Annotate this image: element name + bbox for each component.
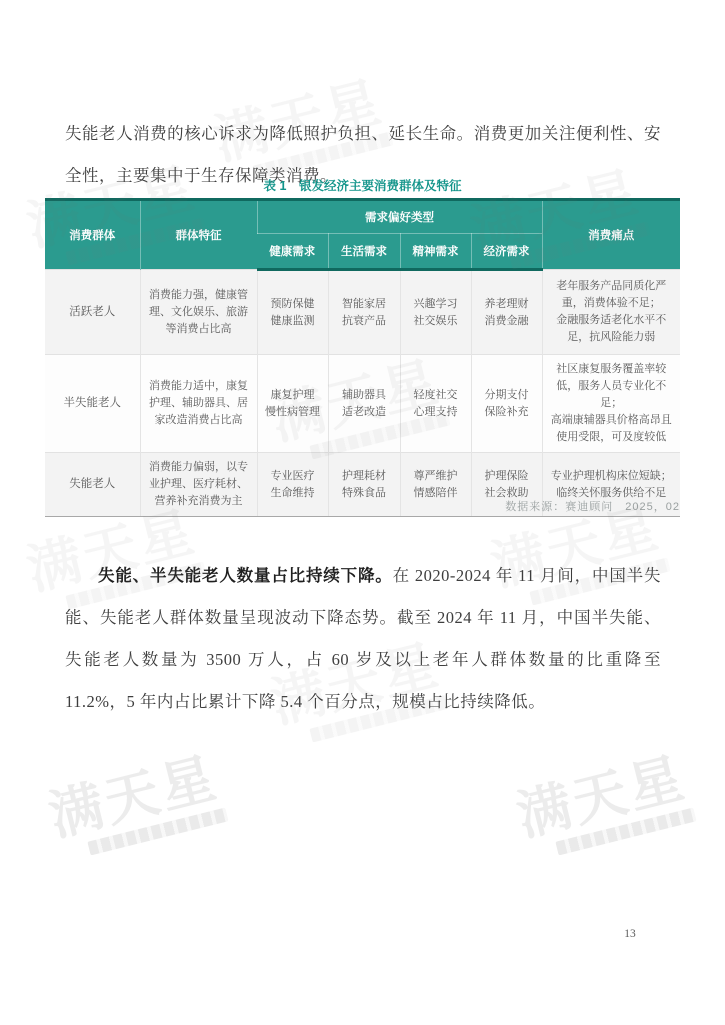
paragraph-decline-trend: 失能、半失能老人数量占比持续下降。在 2020-2024 年 11 月间，中国半… [65, 555, 661, 723]
table-header: 消费群体 群体特征 需求偏好类型 消费痛点 健康需求 生活需求 精神需求 经济需… [45, 200, 680, 270]
cell-health: 预防保健 健康监测 [257, 270, 328, 355]
watermark: 满天星 [511, 748, 696, 862]
page-number: 13 [600, 928, 660, 940]
cell-health: 康复护理 慢性病管理 [257, 355, 328, 453]
header-group-traits: 群体特征 [140, 200, 257, 270]
paragraph-body-text: 在 2020-2024 年 11 月间，中国半失能、失能老人群体数量呈现波动下降… [65, 566, 661, 711]
header-demand-types: 需求偏好类型 [257, 200, 542, 234]
cell-spirit: 兴趣学习 社交娱乐 [400, 270, 471, 355]
header-pain-points: 消费痛点 [542, 200, 680, 270]
cell-economic: 分期支付 保险补充 [471, 355, 542, 453]
paragraph-lead-bold: 失能、半失能老人数量占比持续下降。 [98, 566, 393, 585]
watermark-text: 满天星 [511, 748, 692, 846]
cell-traits: 消费能力适中，康复护理、辅助器具、居家改造消费占比高 [140, 355, 257, 453]
cell-group: 活跃老人 [45, 270, 140, 355]
table-caption: 表 1 银发经济主要消费群体及特征 [45, 176, 680, 194]
cell-pain: 社区康复服务覆盖率较低，服务人员专业化不足； 高端康辅器具价格高昂且使用受限，可… [542, 355, 680, 453]
table-row-semi-disabled-elderly: 半失能老人 消费能力适中，康复护理、辅助器具、居家改造消费占比高 康复护理 慢性… [45, 355, 680, 453]
table-row-active-elderly: 活跃老人 消费能力强，健康管理、文化娱乐、旅游等消费占比高 预防保健 健康监测 … [45, 270, 680, 355]
watermark: 满天星 [43, 748, 228, 862]
cell-spirit: 轻度社交 心理支持 [400, 355, 471, 453]
cell-traits: 消费能力强，健康管理、文化娱乐、旅游等消费占比高 [140, 270, 257, 355]
watermark-subtitle-bar [555, 807, 696, 855]
consumer-table-wrap: 消费群体 群体特征 需求偏好类型 消费痛点 健康需求 生活需求 精神需求 经济需… [45, 198, 680, 517]
cell-life: 智能家居 抗衰产品 [328, 270, 400, 355]
watermark-subtitle-bar [87, 807, 228, 855]
header-spirit-demand: 精神需求 [400, 234, 471, 270]
consumer-groups-table: 消费群体 群体特征 需求偏好类型 消费痛点 健康需求 生活需求 精神需求 经济需… [45, 198, 680, 517]
header-economic-demand: 经济需求 [471, 234, 542, 270]
cell-economic: 养老理财 消费金融 [471, 270, 542, 355]
cell-pain: 老年服务产品同质化严重，消费体验不足； 金融服务适老化水平不足，抗风险能力弱 [542, 270, 680, 355]
cell-life: 辅助器具 适老改造 [328, 355, 400, 453]
header-health-demand: 健康需求 [257, 234, 328, 270]
data-source-note: 数据来源：赛迪顾问 2025，02 [45, 498, 680, 514]
cell-group: 半失能老人 [45, 355, 140, 453]
header-consumer-group: 消费群体 [45, 200, 140, 270]
watermark-text: 满天星 [43, 748, 224, 846]
header-life-demand: 生活需求 [328, 234, 400, 270]
report-page: 满天星 满天星 满天星 满天星 满天星 满天星 满天星 满天星 满天星 失能老人… [0, 0, 725, 1025]
